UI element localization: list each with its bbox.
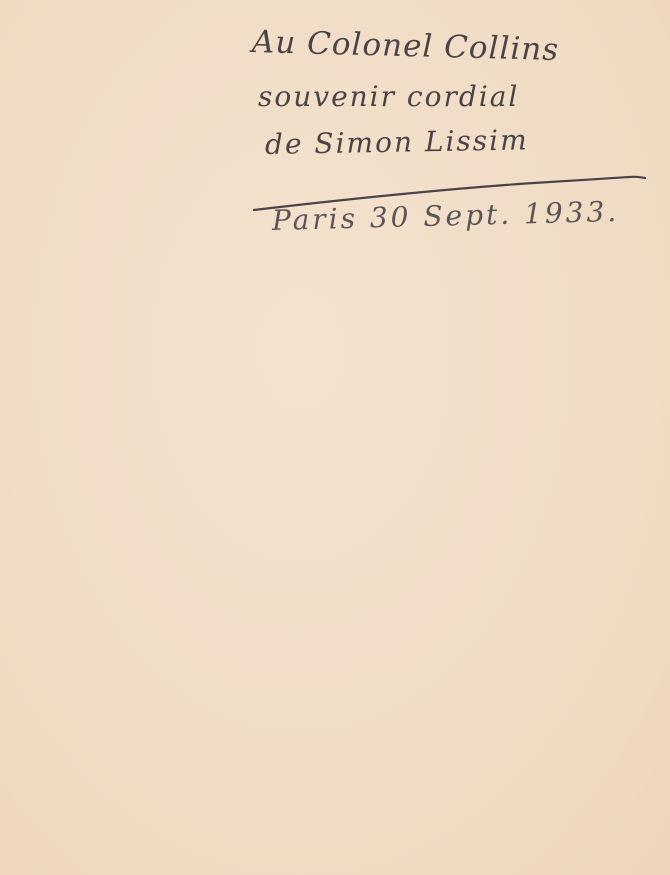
- inscription-signature-line: de Simon Lissim: [265, 123, 529, 161]
- book-page: Au Colonel Collins souvenir cordial de S…: [0, 0, 670, 875]
- inscription-dedication-line: Au Colonel Collins: [252, 24, 560, 68]
- handwritten-inscription: Au Colonel Collins souvenir cordial de S…: [0, 0, 670, 260]
- inscription-sentiment-line: souvenir cordial: [258, 80, 519, 113]
